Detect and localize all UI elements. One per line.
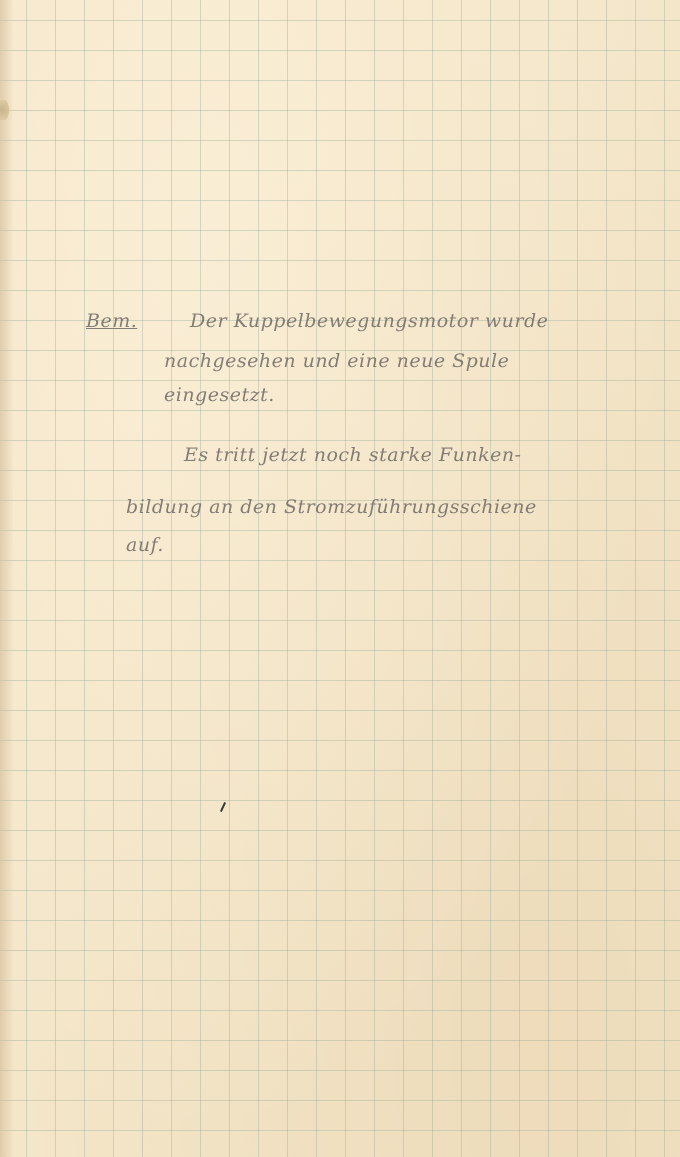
handwritten-line: eingesetzt. [164,384,275,406]
binding-hole [0,100,9,120]
handwritten-line: bildung an den Stromzuführungsschiene [126,496,537,518]
handwritten-line: nachgesehen und eine neue Spule [164,350,509,372]
margin-note: Bem. [86,310,137,332]
handwritten-line: Der Kuppelbewegungsmotor wurde [190,310,548,332]
handwritten-line: Es tritt jetzt noch starke Funken- [184,444,521,466]
page-edge-shading [0,0,14,1157]
notebook-page: Bem. Der Kuppelbewegungsmotor wurde nach… [0,0,680,1157]
ink-mark [220,802,226,812]
handwritten-line: auf. [126,534,164,556]
